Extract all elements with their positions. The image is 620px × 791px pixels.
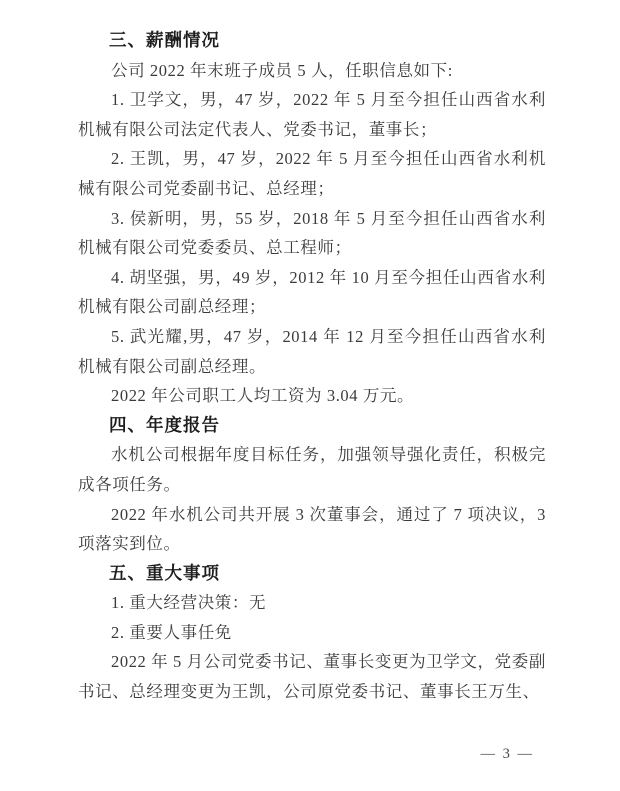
document-body: 三、薪酬情况 公司 2022 年末班子成员 5 人，任职信息如下: 1. 卫学文… xyxy=(78,26,546,707)
page-number: — 3 — xyxy=(481,746,535,763)
paragraph: 2022 年公司职工人均工资为 3.04 万元。 xyxy=(78,381,546,411)
paragraph: 1. 重大经营决策：无 xyxy=(78,588,546,618)
paragraph: 2022 年水机公司共开展 3 次董事会，通过了 7 项决议，3 项落实到位。 xyxy=(78,500,546,559)
section-heading-annual-report: 四、年度报告 xyxy=(78,411,546,441)
section-heading-compensation: 三、薪酬情况 xyxy=(78,26,546,56)
section-heading-major-matters: 五、重大事项 xyxy=(78,559,546,589)
paragraph: 公司 2022 年末班子成员 5 人，任职信息如下: xyxy=(78,56,546,86)
paragraph: 2. 王凯，男，47 岁，2022 年 5 月至今担任山西省水利机械有限公司党委… xyxy=(78,144,546,203)
paragraph: 水机公司根据年度目标任务，加强领导强化责任，积极完成各项任务。 xyxy=(78,440,546,499)
paragraph: 3. 侯新明，男，55 岁，2018 年 5 月至今担任山西省水利机械有限公司党… xyxy=(78,204,546,263)
paragraph: 2022 年 5 月公司党委书记、董事长变更为卫学文，党委副书记、总经理变更为王… xyxy=(78,647,546,706)
paragraph: 2. 重要人事任免 xyxy=(78,618,546,648)
paragraph: 4. 胡坚强，男，49 岁，2012 年 10 月至今担任山西省水利机械有限公司… xyxy=(78,263,546,322)
document-page: 三、薪酬情况 公司 2022 年末班子成员 5 人，任职信息如下: 1. 卫学文… xyxy=(0,0,620,791)
paragraph: 5. 武光耀,男，47 岁，2014 年 12 月至今担任山西省水利机械有限公司… xyxy=(78,322,546,381)
paragraph: 1. 卫学文，男，47 岁，2022 年 5 月至今担任山西省水利机械有限公司法… xyxy=(78,85,546,144)
